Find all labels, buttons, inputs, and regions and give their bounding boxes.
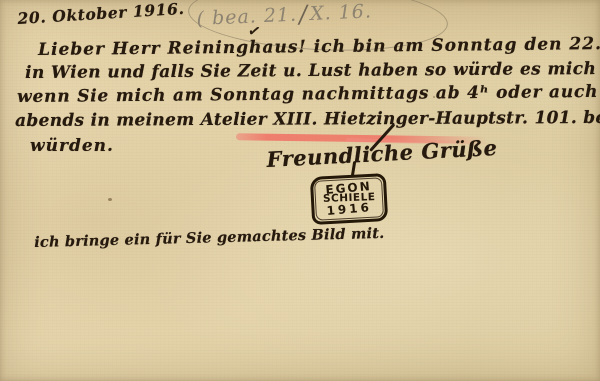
- stamp-year: 1916: [326, 202, 372, 217]
- body-line-1: Lieber Herr Reininghaus! ich bin am Sonn…: [38, 33, 600, 60]
- postcard-scan: 20. Oktober 1916. ( bea. 21./X. 16. ✓ Li…: [0, 0, 600, 381]
- body-line-5: würden.: [30, 136, 114, 156]
- body-line-3: wenn Sie mich am Sonntag nachmittags ab …: [17, 82, 598, 107]
- pencil-registry-note: ( bea. 21./X. 16.: [196, 0, 372, 33]
- pencil-open-paren: (: [196, 8, 205, 30]
- postscript-line: ich bringe ein für Sie gemachtes Bild mi…: [34, 225, 385, 251]
- paper-speck: [433, 96, 435, 98]
- paper-speck: [108, 198, 112, 201]
- date-line: 20. Oktober 1916.: [17, 0, 185, 28]
- pencil-note-slash: /: [296, 0, 310, 29]
- body-line-2: in Wien und falls Sie Zeit u. Lust haben…: [25, 58, 600, 83]
- pencil-note-right: X. 16.: [310, 0, 373, 25]
- signature-stamp: EGON SCHIELE 1916: [310, 173, 388, 225]
- body-line-4: abends in meinem Atelier XIII. Hietzinge…: [15, 108, 600, 131]
